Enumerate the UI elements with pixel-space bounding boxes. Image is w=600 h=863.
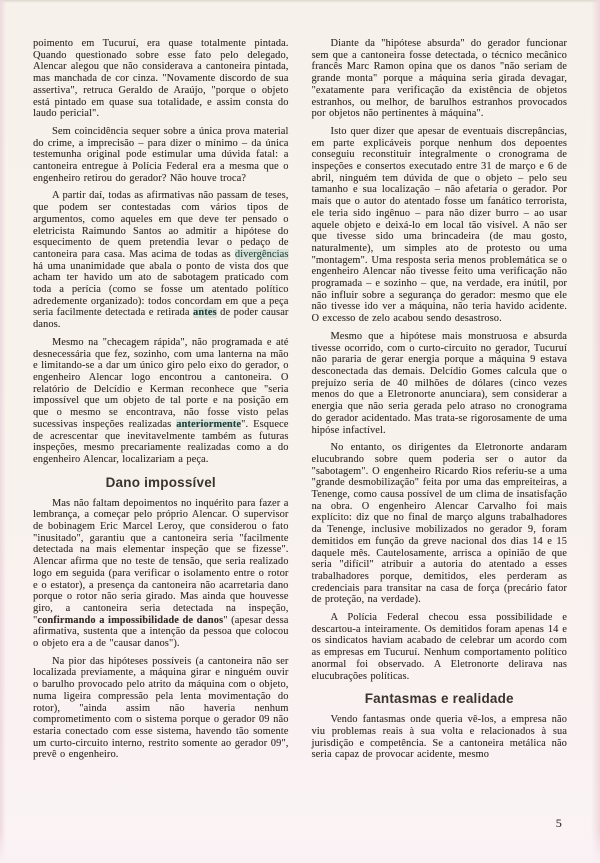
paragraph: No entanto, os dirigentes da Eletronorte…	[312, 442, 568, 606]
emphasized-text: divergências	[235, 249, 289, 260]
text-run: A Polícia Federal checou essa possibilid…	[312, 612, 568, 682]
page-left-pink-edge	[0, 0, 6, 863]
paragraph: A partir daí, todas as afirmativas não p…	[33, 190, 289, 330]
scanned-book-page: poimento em Tucuruí, era quase totalment…	[0, 0, 600, 863]
paragraph: Vendo fantasmas onde queria vê-los, a em…	[312, 714, 568, 761]
page-number: 5	[556, 816, 562, 831]
text-run: No entanto, os dirigentes da Eletronorte…	[312, 442, 568, 605]
paragraph: Diante da "hipótese absurda" do gerador …	[312, 38, 568, 120]
page-top-edge-shadow	[0, 0, 600, 3]
paragraph: Sem coincidência sequer sobre a única pr…	[33, 126, 289, 185]
text-run: Na pior das hipóteses possíveis (a canto…	[33, 656, 289, 761]
column-right: Diante da "hipótese absurda" do gerador …	[312, 38, 568, 767]
paragraph: Mesmo na "checagem rápida", não programa…	[33, 337, 289, 466]
section-heading: Fantasmas e realidade	[312, 691, 568, 706]
text-run: Mesmo que a hipótese mais monstruosa e a…	[312, 331, 568, 436]
text-run: Mas não faltam depoimentos no inquérito …	[33, 498, 289, 626]
text-run: Vendo fantasmas onde queria vê-los, a em…	[312, 714, 568, 760]
paragraph: Na pior das hipóteses possíveis (a canto…	[33, 656, 289, 761]
text-run: Isto quer dizer que apesar de eventuais …	[312, 126, 568, 324]
page-right-pink-edge	[591, 0, 600, 863]
section-heading: Dano impossível	[33, 475, 289, 490]
paragraph: A Polícia Federal checou essa possibilid…	[312, 612, 568, 682]
text-run: Mesmo na "checagem rápida", não programa…	[33, 337, 289, 430]
paragraph: poimento em Tucuruí, era quase totalment…	[33, 38, 289, 120]
emphasized-text: antes	[193, 307, 217, 318]
text-run: poimento em Tucuruí, era quase totalment…	[33, 38, 289, 119]
paragraph: Isto quer dizer que apesar de eventuais …	[312, 126, 568, 325]
paragraph: Mesmo que a hipótese mais monstruosa e a…	[312, 331, 568, 436]
emphasized-text: confirmando a impossibilidade de danos	[37, 615, 223, 626]
column-left: poimento em Tucuruí, era quase totalment…	[33, 38, 289, 767]
page-bottom-pink-edge	[0, 829, 600, 863]
text-columns: poimento em Tucuruí, era quase totalment…	[33, 38, 567, 767]
paragraph: Mas não faltam depoimentos no inquérito …	[33, 498, 289, 650]
text-run: Sem coincidência sequer sobre a única pr…	[33, 126, 289, 184]
emphasized-text: anteriormente	[176, 419, 241, 430]
text-run: Diante da "hipótese absurda" do gerador …	[312, 38, 568, 119]
